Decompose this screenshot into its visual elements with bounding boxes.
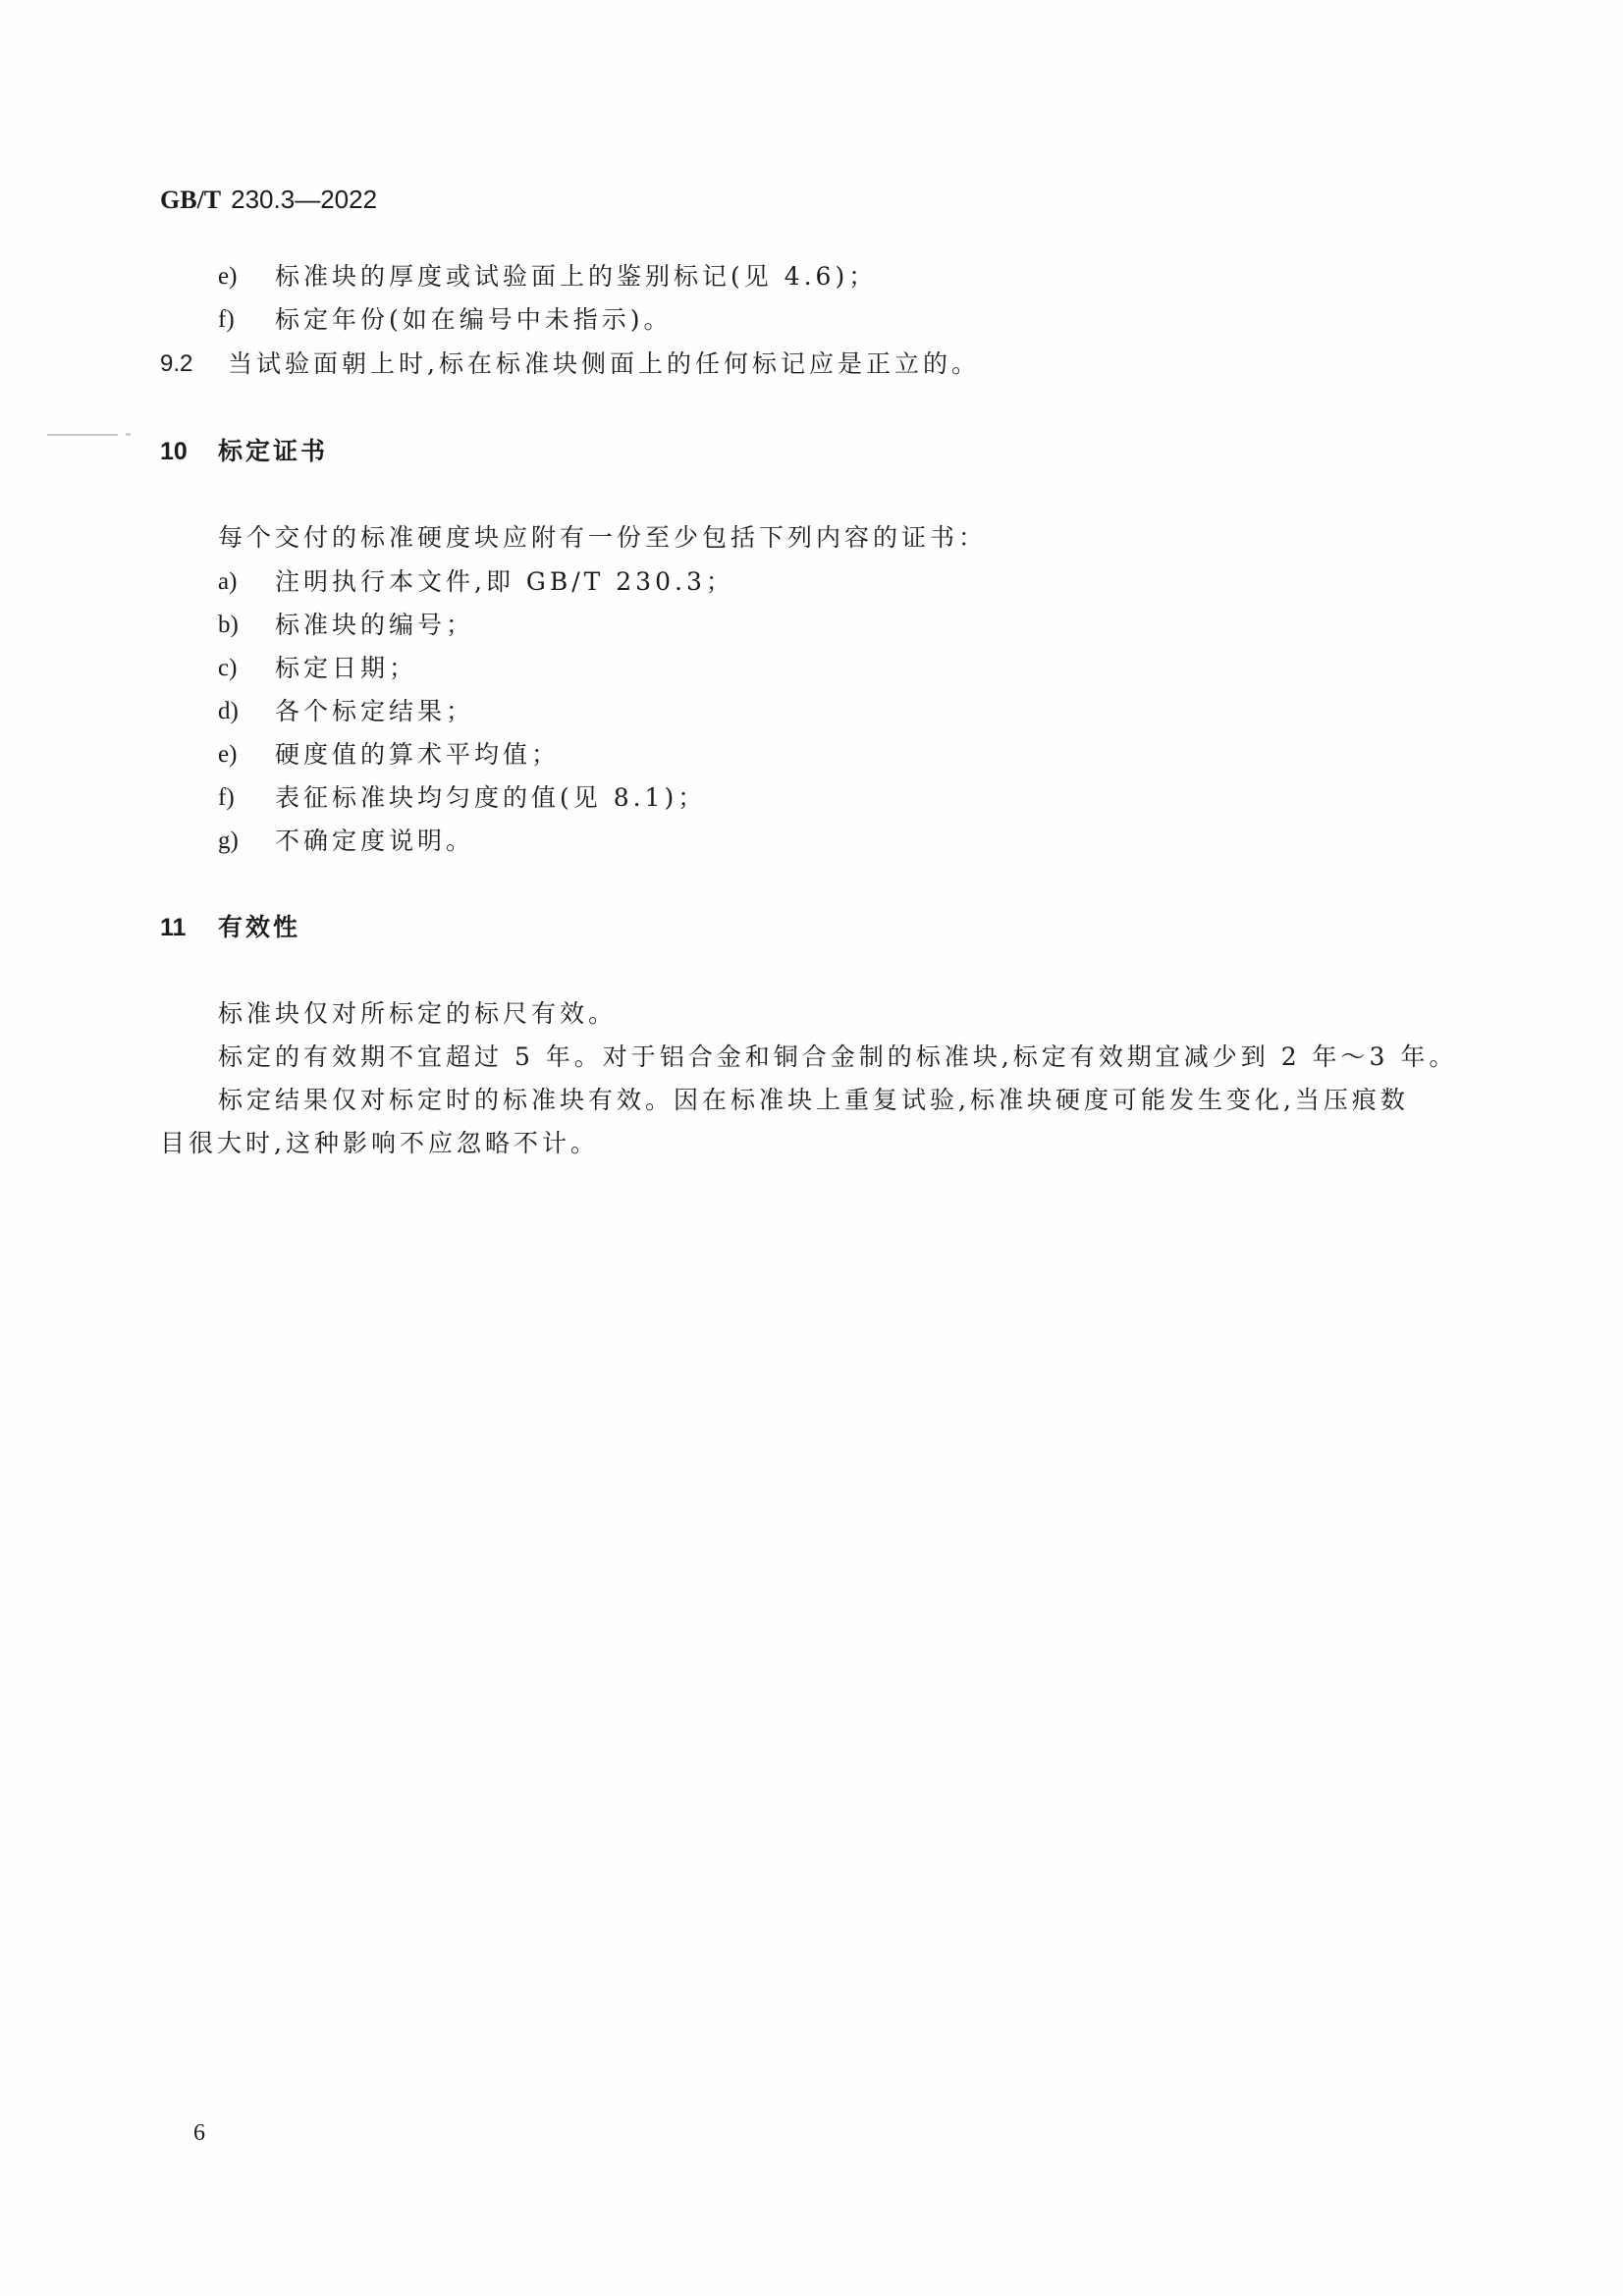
scan-artifact-line xyxy=(47,434,118,436)
document-page: GB/T230.3—2022 e) 标准块的厚度或试验面上的鉴别标记(见 4.6… xyxy=(0,0,1623,2296)
list-item-text: 标定日期； xyxy=(275,654,417,683)
list-marker: e) xyxy=(218,740,237,770)
list-item-text: 不确定度说明。 xyxy=(275,827,474,856)
section-number: 10 xyxy=(160,437,188,466)
standard-prefix: GB/T xyxy=(160,186,221,214)
standard-number: 230.3—2022 xyxy=(231,185,377,214)
list-item-text: 标准块的厚度或试验面上的鉴别标记(见 4.6)； xyxy=(275,262,877,292)
list-marker: e) xyxy=(218,262,237,292)
list-item-text: 表征标准块均匀度的值(见 8.1)； xyxy=(275,783,706,813)
section-title: 标定证书 xyxy=(218,437,328,466)
list-marker: g) xyxy=(218,827,239,856)
clause-text: 当试验面朝上时,标在标准块侧面上的任何标记应是正立的。 xyxy=(228,349,980,379)
list-item-text: 标准块的编号； xyxy=(275,611,474,640)
list-marker: f) xyxy=(218,305,235,335)
list-marker: f) xyxy=(218,783,235,813)
list-item-text: 标定年份(如在编号中未指示)。 xyxy=(275,305,673,335)
paragraph: 标定结果仅对标定时的标准块有效。因在标准块上重复试验,标准块硬度可能发生变化,当… xyxy=(218,1086,1409,1115)
running-header: GB/T230.3—2022 xyxy=(160,185,377,215)
list-marker: b) xyxy=(218,611,239,640)
section-title: 有效性 xyxy=(218,913,300,942)
section-number: 11 xyxy=(160,913,186,942)
scan-artifact-dot xyxy=(126,433,131,436)
list-item-text: 注明执行本文件,即 GB/T 230.3； xyxy=(275,567,734,597)
list-item-text: 硬度值的算术平均值； xyxy=(275,740,560,770)
clause-number: 9.2 xyxy=(160,349,192,379)
list-marker: a) xyxy=(218,567,237,597)
list-marker: d) xyxy=(218,697,239,726)
paragraph-continuation: 目很大时,这种影响不应忽略不计。 xyxy=(160,1129,599,1158)
page-number: 6 xyxy=(193,2118,205,2148)
paragraph: 标准块仅对所标定的标尺有效。 xyxy=(218,999,617,1029)
list-marker: c) xyxy=(218,654,237,683)
section-intro: 每个交付的标准硬度块应附有一份至少包括下列内容的证书： xyxy=(218,523,987,553)
paragraph: 标定的有效期不宜超过 5 年。对于铝合金和铜合金制的标准块,标定有效期宜减少到 … xyxy=(218,1042,1457,1072)
list-item-text: 各个标定结果； xyxy=(275,697,474,726)
